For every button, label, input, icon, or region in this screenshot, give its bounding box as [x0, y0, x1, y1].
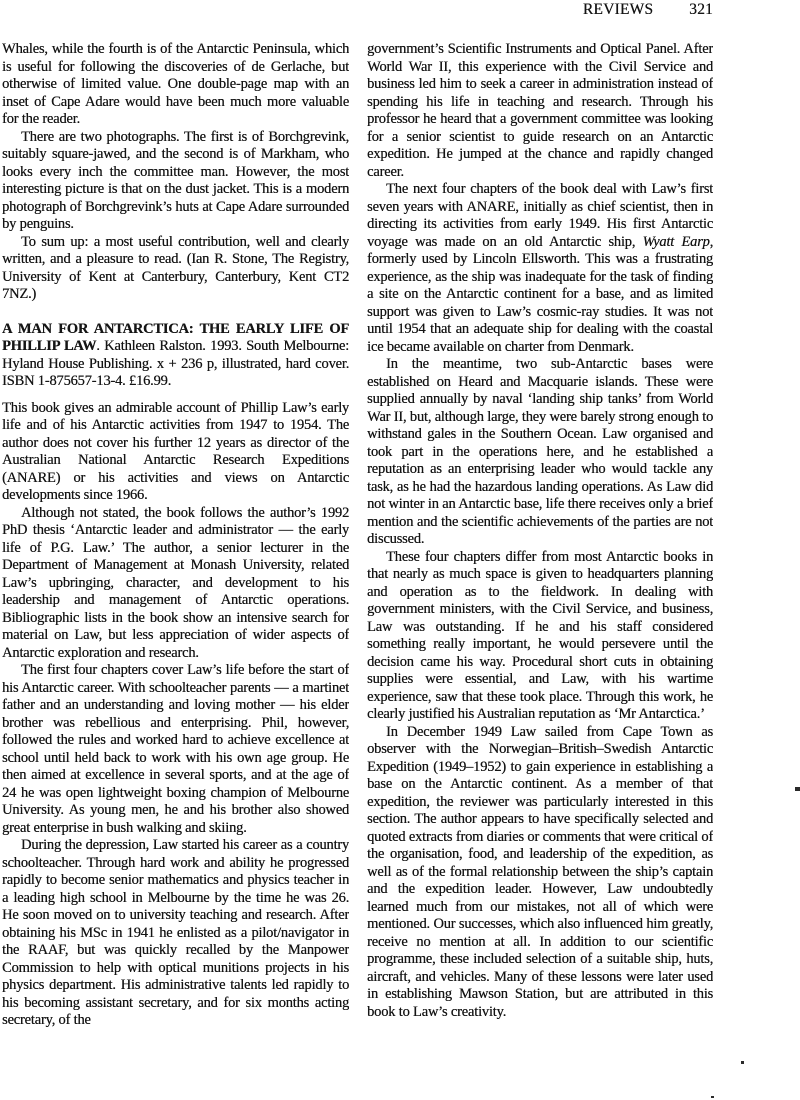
running-head-section-title: REVIEWS — [583, 1, 653, 19]
two-column-text-block: Whales, while the fourth is of the Antar… — [2, 41, 713, 1099]
paragraph-anare-years: The next four chapters of the book deal … — [367, 181, 713, 356]
paragraph-review-intro: This book gives an admirable account of … — [2, 400, 349, 505]
right-column: government’s Scientific Instruments and … — [367, 41, 713, 1099]
running-head: REVIEWS 321 — [367, 1, 713, 19]
paragraph-maps-continuation: Whales, while the fourth is of the Antar… — [2, 41, 349, 129]
paragraph-sub-antarctic-bases: In the meantime, two sub-Antarctic bases… — [367, 356, 713, 549]
review-heading: A MAN FOR ANTARCTICA: THE EARLY LIFE OF … — [2, 321, 349, 391]
scan-artifact-speck-bottom — [711, 1096, 714, 1098]
left-column: Whales, while the fourth is of the Antar… — [2, 41, 349, 1099]
paragraph-photographs: There are two photographs. The first is … — [2, 129, 349, 234]
journal-page-scan: REVIEWS 321 Whales, while the fourth is … — [0, 0, 800, 1100]
paragraph-phd-thesis: Although not stated, the book follows th… — [2, 505, 349, 663]
scan-artifact-speck-top — [741, 1061, 744, 1064]
paragraph-reviewer-signoff: To sum up: a most useful contribution, w… — [2, 234, 349, 304]
paragraph-depression-career: During the depression, Law started his c… — [2, 837, 349, 1030]
paragraph-headquarters: These four chapters differ from most Ant… — [367, 549, 713, 724]
paragraph-early-life: The first four chapters cover Law’s life… — [2, 662, 349, 837]
ship-name-italic: Wyatt Earp — [643, 234, 710, 250]
paragraph-civil-service-continuation: government’s Scientific Instruments and … — [367, 41, 713, 181]
page-number: 321 — [689, 1, 713, 19]
anare-text-after-ship: , formerly used by Lincoln Ellsworth. Th… — [367, 234, 713, 355]
paragraph-nbs-expedition: In December 1949 Law sailed from Cape To… — [367, 724, 713, 1022]
scan-artifact-edge-dash — [795, 787, 800, 791]
